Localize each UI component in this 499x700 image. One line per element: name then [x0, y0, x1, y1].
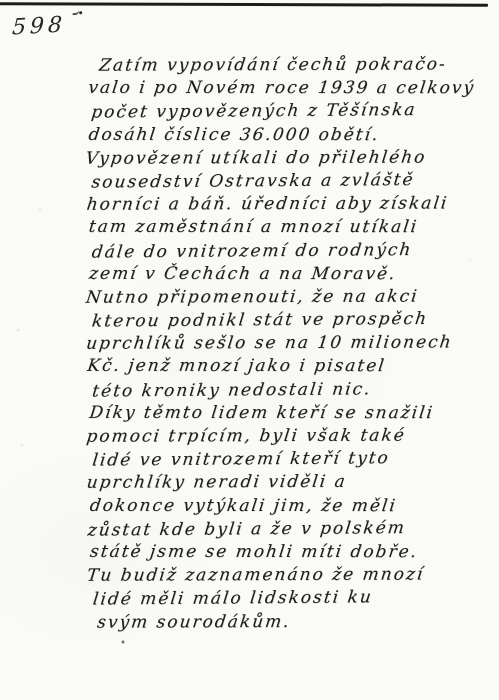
ink-speck	[72, 9, 80, 16]
manuscript-line: horníci a báň. úředníci aby získali	[84, 193, 489, 218]
manuscript-line: sousedství Ostravska a zvláště	[84, 169, 489, 195]
manuscript-line: počet vypovězených z Těšínska	[84, 100, 489, 126]
manuscript-line: zůstat kde byli a že v polském	[85, 517, 490, 543]
manuscript-line: Tu budiž zaznamenáno že mnozí	[85, 564, 490, 589]
manuscript-line: dokonce vytýkali jim, že měli	[85, 495, 490, 519]
manuscript-line: Kč. jenž mnozí jako i pisatel	[85, 356, 490, 380]
manuscript-line: svým sourodákům.	[86, 611, 491, 636]
manuscript-text: Zatím vypovídání čechů pokračo- valo i p…	[85, 54, 489, 635]
manuscript-page: 598 Zatím vypovídání čechů pokračo- valo…	[0, 0, 499, 700]
manuscript-line: lidé ve vnitrozemí kteří tyto	[85, 448, 490, 474]
manuscript-line: dosáhl číslice 36.000 obětí.	[84, 124, 489, 148]
manuscript-line: Nutno připomenouti, že na akci	[84, 286, 489, 311]
manuscript-line: Díky těmto lidem kteří se snažili	[85, 403, 490, 427]
manuscript-line: státě jsme se mohli míti dobře.	[85, 542, 490, 566]
manuscript-line: lidé měli málo lidskosti ku	[85, 587, 490, 613]
scan-edge-line	[0, 2, 488, 7]
page-number: 598	[11, 13, 66, 41]
manuscript-line: dále do vnitrozemí do rodných	[84, 239, 489, 265]
manuscript-line: uprchlíků sešlo se na 10 milionech	[85, 333, 490, 358]
manuscript-line: uprchlíky neradi viděli a	[85, 472, 490, 497]
manuscript-line: Vypovězení utíkali do přilehlého	[84, 147, 489, 172]
manuscript-line: kterou podnikl stát ve prospěch	[84, 308, 489, 334]
manuscript-line: pomoci trpícím, byli však také	[85, 425, 490, 450]
manuscript-line: této kroniky nedostali nic.	[85, 378, 490, 404]
manuscript-line: valo i po Novém roce 1939 a celkový	[84, 78, 489, 102]
manuscript-line: Zatím vypovídání čechů pokračo-	[84, 54, 489, 79]
manuscript-line: tam zaměstnání a mnozí utíkali	[84, 217, 489, 241]
manuscript-line: zemí v Čechách a na Moravě.	[84, 264, 489, 288]
